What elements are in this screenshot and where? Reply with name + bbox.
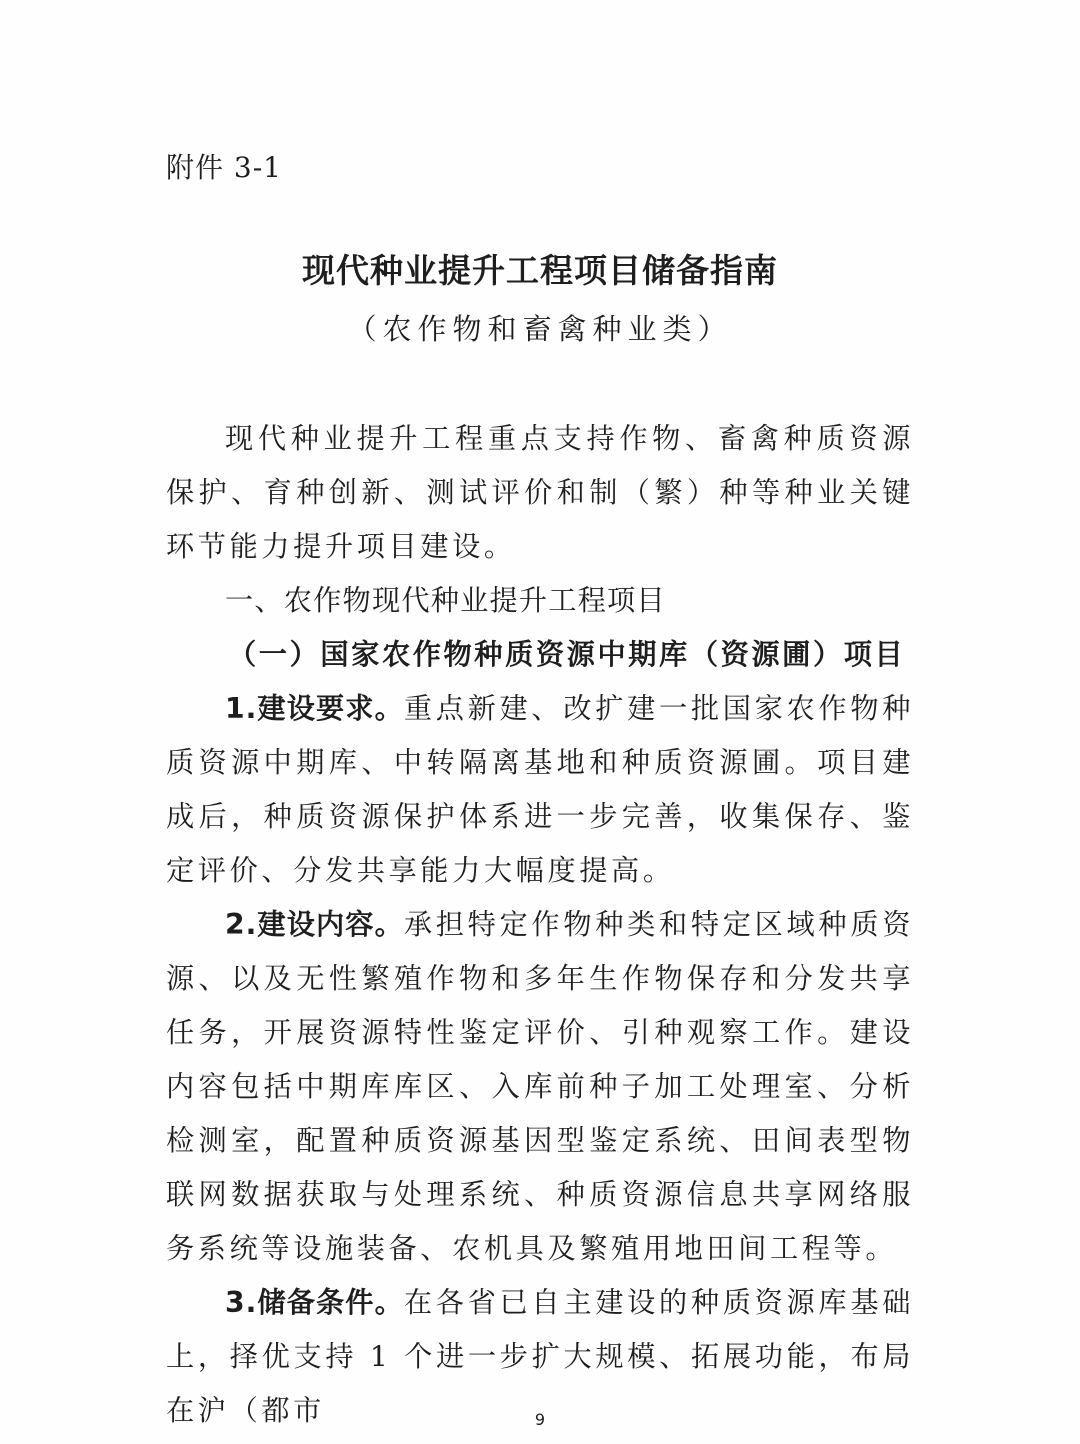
item-lead: 2.建设内容。 (225, 908, 404, 941)
intro-paragraph: 现代种业提升工程重点支持作物、畜禽种质资源保护、育种创新、测试评价和制（繁）种等… (166, 412, 914, 574)
item-paragraph-1: 1.建设要求。重点新建、改扩建一批国家农作物种质资源中期库、中转隔离基地和种质资… (166, 682, 914, 898)
subsection-heading: （一）国家农作物种质资源中期库（资源圃）项目 (166, 628, 914, 682)
page-number: 9 (0, 1410, 1080, 1429)
attachment-label: 附件 3-1 (166, 148, 282, 188)
document-title: 现代种业提升工程项目储备指南 (0, 246, 1080, 296)
document-body: 现代种业提升工程重点支持作物、畜禽种质资源保护、育种创新、测试评价和制（繁）种等… (166, 412, 914, 1438)
item-text: 承担特定作物种类和特定区域种质资源、以及无性繁殖作物和多年生作物保存和分发共享任… (166, 908, 914, 1265)
item-paragraph-2: 2.建设内容。承担特定作物种类和特定区域种质资源、以及无性繁殖作物和多年生作物保… (166, 898, 914, 1276)
section-heading: 一、农作物现代种业提升工程项目 (166, 574, 914, 628)
item-lead: 1.建设要求。 (225, 692, 404, 725)
item-lead: 3.储备条件。 (225, 1286, 404, 1319)
document-subtitle: （农作物和畜禽种业类） (0, 306, 1080, 352)
document-page: 附件 3-1 现代种业提升工程项目储备指南 （农作物和畜禽种业类） 现代种业提升… (0, 0, 1080, 1444)
